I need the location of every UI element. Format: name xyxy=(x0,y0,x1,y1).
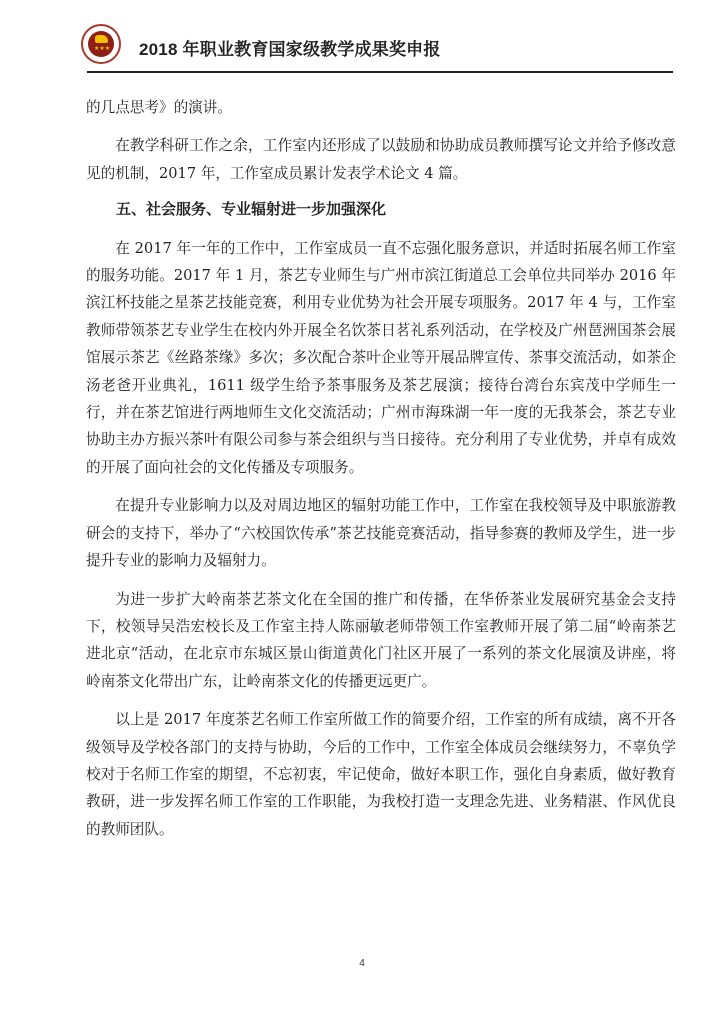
paragraph: 为进一步扩大岭南茶艺茶文化在全国的推广和传播，在华侨茶业发展研究基金会支持下，校… xyxy=(86,586,676,696)
header-divider xyxy=(87,71,673,73)
section-heading: 五、社会服务、专业辐射进一步加强深化 xyxy=(86,196,676,223)
header-title: 2018 年职业教育国家级教学成果奖申报 xyxy=(139,35,441,60)
document-body: 的几点思考》的演讲。 在教学科研工作之余，工作室内还形成了以鼓励和协助成员教师撰… xyxy=(86,94,676,843)
page-header: ★★★ 2018 年职业教育国家级教学成果奖申报 xyxy=(78,24,678,74)
school-emblem-icon: ★★★ xyxy=(81,24,121,64)
page-number: 4 xyxy=(0,958,724,969)
paragraph: 在提升专业影响力以及对周边地区的辐射功能工作中，工作室在我校领导及中职旅游教研会… xyxy=(86,492,676,574)
paragraph: 以上是 2017 年度茶艺名师工作室所做工作的简要介绍，工作室的所有成绩，离不开… xyxy=(86,706,676,843)
golden-horse-icon xyxy=(95,35,108,43)
paragraph: 在教学科研工作之余，工作室内还形成了以鼓励和协助成员教师撰写论文并给予修改意见的… xyxy=(86,132,676,187)
paragraph: 在 2017 年一年的工作中，工作室成员一直不忘强化服务意识，并适时拓展名师工作… xyxy=(86,235,676,482)
stars-icon: ★★★ xyxy=(94,46,110,52)
paragraph-continuation: 的几点思考》的演讲。 xyxy=(86,94,676,121)
